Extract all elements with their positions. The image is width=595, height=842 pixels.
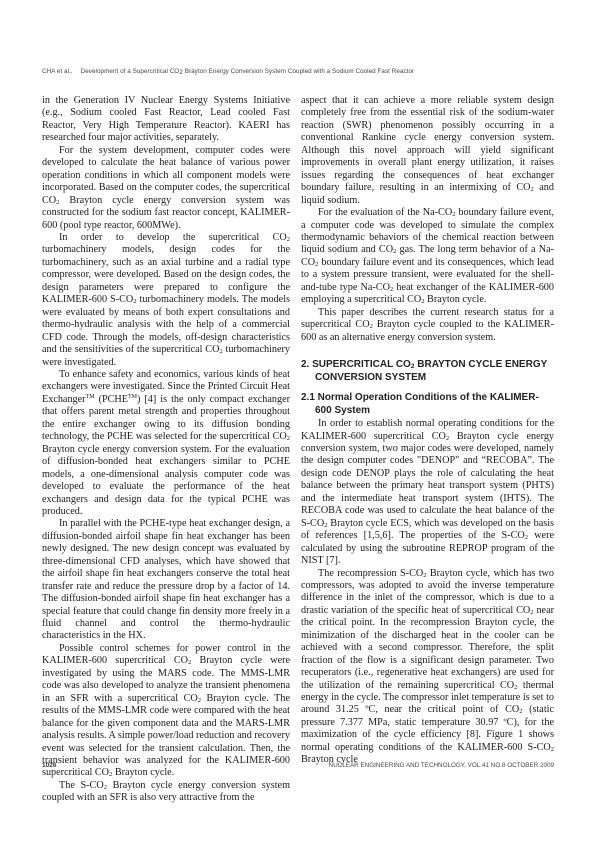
paragraph: In parallel with the PCHE-type heat exch…	[42, 518, 290, 643]
left-column: in the Generation IV Nuclear Energy Syst…	[42, 95, 290, 805]
paragraph: The recompression S-CO2 Brayton cycle, w…	[301, 568, 554, 767]
paragraph: For the system development, computer cod…	[42, 145, 290, 232]
paragraph: Possible control schemes for power contr…	[42, 643, 290, 780]
paragraph: For the evaluation of the Na-CO2 boundar…	[301, 207, 554, 307]
paragraph: To enhance safety and economics, various…	[42, 369, 290, 518]
page-number: 1026	[42, 762, 56, 769]
paragraph: The S-CO2 Brayton cycle energy conversio…	[42, 780, 290, 805]
running-head-authors: CHA et al.,	[42, 68, 73, 75]
paragraph: in the Generation IV Nuclear Energy Syst…	[42, 95, 290, 145]
subsection-heading: 2.1 Normal Operation Conditions of the K…	[301, 391, 554, 417]
section-heading: 2. SUPERCRITICAL CO2 BRAYTON CYCLE ENERG…	[301, 358, 554, 384]
paragraph: In order to establish normal operating c…	[301, 418, 554, 567]
journal-footer: NUCLEAR ENGINEERING AND TECHNOLOGY, VOL.…	[329, 762, 554, 769]
running-head-title: Development of a Supercritical CO2 Brayt…	[81, 68, 415, 75]
paragraph: aspect that it can achieve a more reliab…	[301, 95, 554, 207]
running-head: CHA et al.,Development of a Supercritica…	[42, 68, 414, 75]
right-column: aspect that it can achieve a more reliab…	[301, 95, 554, 767]
paragraph: This paper describes the current researc…	[301, 307, 554, 344]
paragraph: In order to develop the supercritical CO…	[42, 232, 290, 369]
